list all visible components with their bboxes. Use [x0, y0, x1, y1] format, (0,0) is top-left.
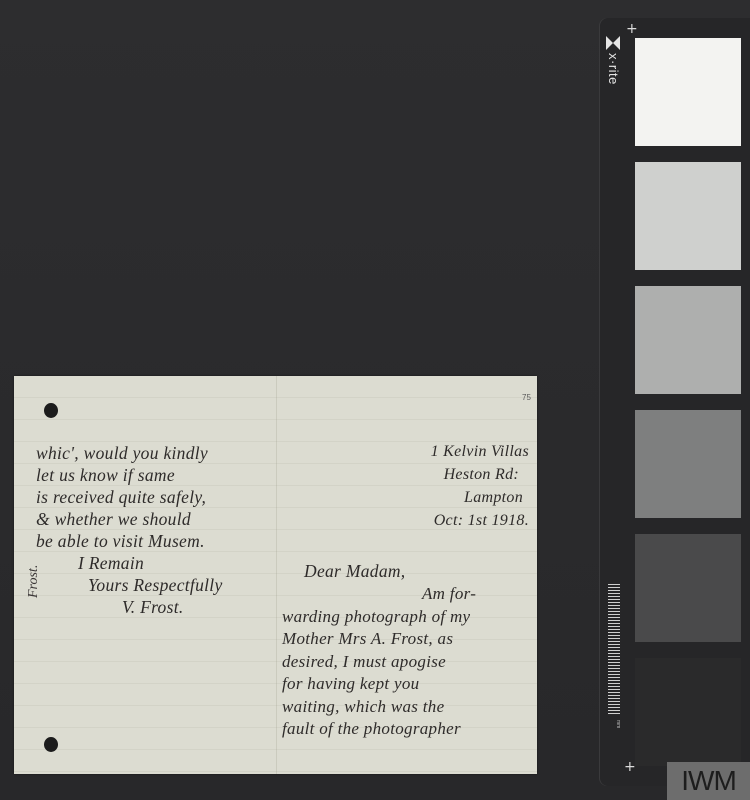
letter-left-page: whic', would you kindly let us know if s…	[36, 442, 223, 618]
letter-line: be able to visit Musem.	[36, 530, 223, 552]
letter-body: Am for- warding photograph of my Mother …	[282, 583, 476, 741]
gray-patch-mid-light	[635, 286, 741, 394]
sender-address: 1 Kelvin Villas Heston Rd: Lampton Oct: …	[431, 440, 529, 532]
iwm-watermark: IWM	[667, 762, 750, 800]
letter-line: Am for-	[282, 583, 476, 606]
color-reference-card: + x·rite mm +	[600, 18, 750, 786]
letter-line: waiting, which was the	[282, 696, 476, 719]
address-line: 1 Kelvin Villas	[431, 440, 529, 463]
letter-line: whic', would you kindly	[36, 442, 223, 464]
ruler-unit-label: mm	[615, 720, 621, 728]
address-line: Lampton	[431, 486, 529, 509]
folio-number: 75	[522, 393, 531, 402]
gray-patch-mid	[635, 410, 741, 518]
punch-hole-top	[44, 403, 58, 418]
address-line: Heston Rd:	[431, 463, 529, 486]
letter-line: fault of the photographer	[282, 718, 476, 741]
xrite-logo-icon	[606, 36, 620, 50]
brand-logo: x·rite	[606, 36, 624, 85]
letter-closing: I Remain	[36, 552, 223, 574]
gray-patch-white	[635, 38, 741, 146]
punch-hole-bottom	[44, 737, 58, 752]
scale-ruler	[608, 584, 620, 716]
gray-patch-near-black	[635, 658, 741, 766]
handwritten-letter: 75 whic', would you kindly let us know i…	[14, 376, 537, 774]
letter-salutation: Dear Madam,	[304, 560, 405, 582]
letter-line: desired, I must apogise	[282, 651, 476, 674]
letter-date: Oct: 1st 1918.	[431, 509, 529, 532]
crosshair-icon: +	[624, 760, 636, 774]
letter-line: let us know if same	[36, 464, 223, 486]
gray-patch-dark	[635, 534, 741, 642]
letter-line: for having kept you	[282, 673, 476, 696]
letter-valediction: Yours Respectfully	[36, 574, 223, 596]
letter-line: warding photograph of my	[282, 606, 476, 629]
gray-patch-light	[635, 162, 741, 270]
letter-signature: V. Frost.	[36, 596, 223, 618]
margin-annotation: Frost.	[26, 565, 42, 598]
brand-name: x·rite	[606, 53, 621, 85]
letter-line: Mother Mrs A. Frost, as	[282, 628, 476, 651]
letter-line: & whether we should	[36, 508, 223, 530]
letter-line: is received quite safely,	[36, 486, 223, 508]
crosshair-icon: +	[626, 22, 638, 36]
